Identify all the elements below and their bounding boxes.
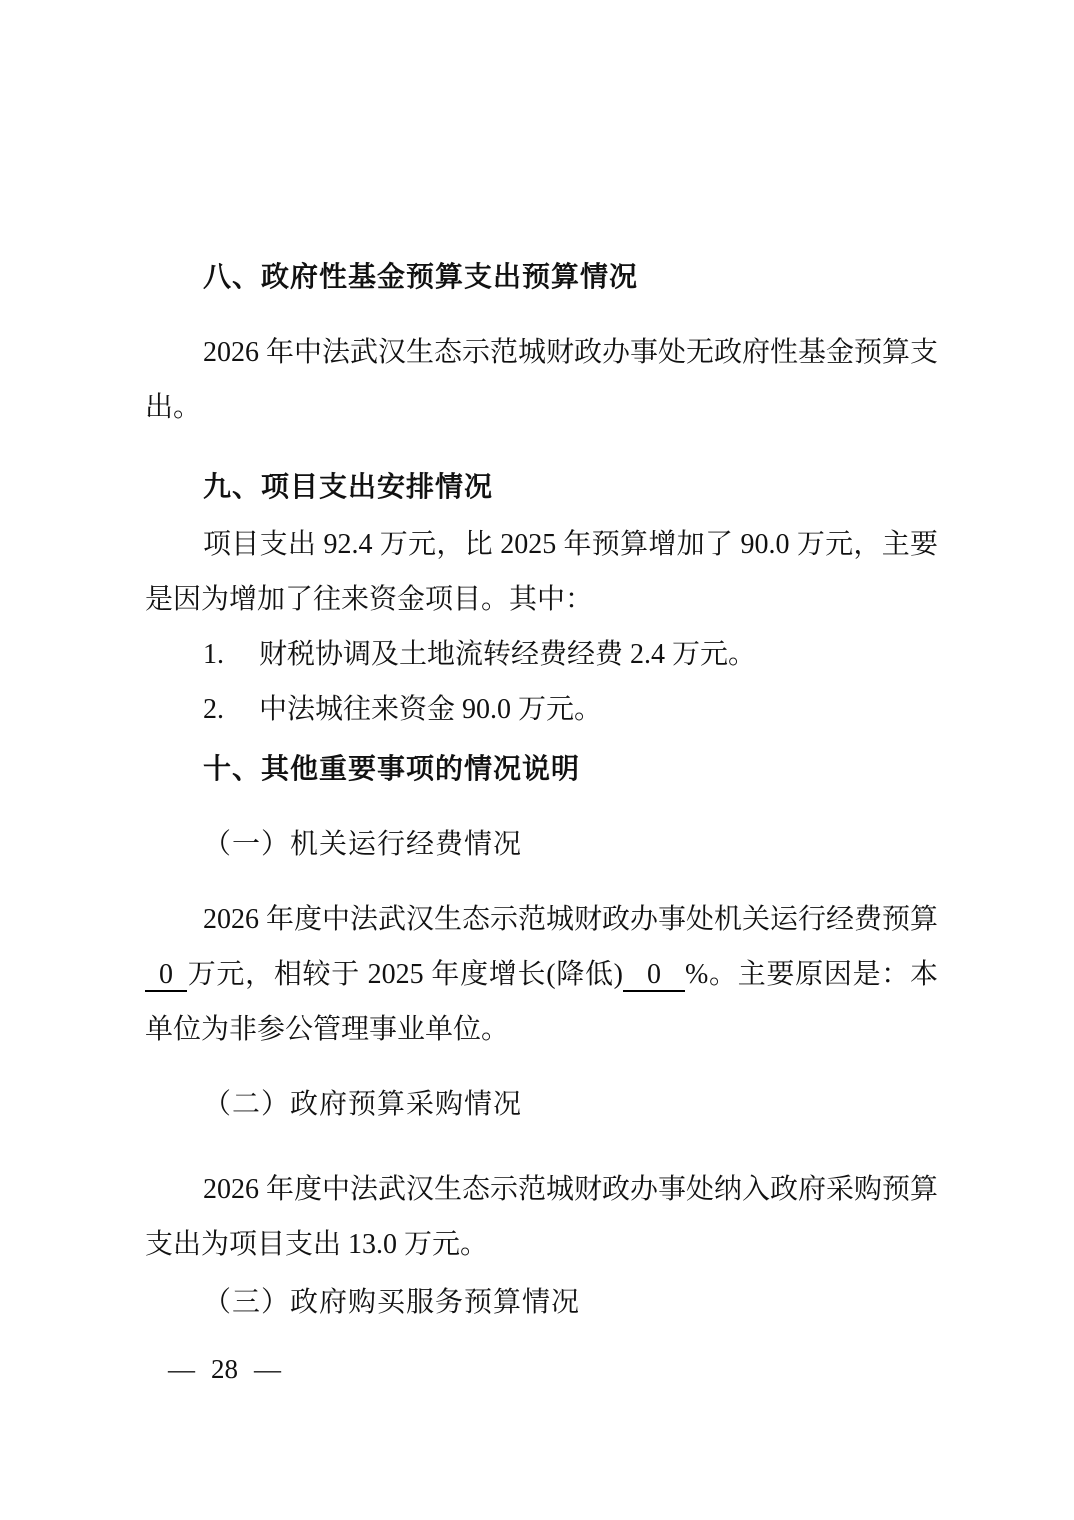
section-9-list-item-1: 1.财税协调及土地流转经费经费 2.4 万元。 xyxy=(145,627,938,682)
section-8-paragraph: 2026 年中法武汉生态示范城财政办事处无政府性基金预算支出。 xyxy=(145,325,938,435)
underlined-value-percent: 0 xyxy=(623,959,685,992)
section-10-heading: 十、其他重要事项的情况说明 xyxy=(145,742,938,797)
footer-dash-right: — xyxy=(254,1352,281,1386)
list-item-number: 2. xyxy=(203,682,259,737)
underlined-value-budget: 0 xyxy=(145,959,187,992)
section-10-sub-1-heading: （一）机关运行经费情况 xyxy=(145,817,938,872)
list-item-number: 1. xyxy=(203,627,259,682)
list-item-text: 财税协调及土地流转经费经费 2.4 万元。 xyxy=(259,639,756,670)
document-content: 八、政府性基金预算支出预算情况 2026 年中法武汉生态示范城财政办事处无政府性… xyxy=(145,250,938,1330)
section-10-sub-1-paragraph: 2026 年度中法武汉生态示范城财政办事处机关运行经费预算0万元，相较于 202… xyxy=(145,892,938,1057)
document-page: 八、政府性基金预算支出预算情况 2026 年中法武汉生态示范城财政办事处无政府性… xyxy=(0,0,1074,1520)
section-8-heading: 八、政府性基金预算支出预算情况 xyxy=(145,250,938,305)
section-10-sub-3-heading: （三）政府购买服务预算情况 xyxy=(145,1275,938,1330)
paragraph-text-segment: 2026 年度中法武汉生态示范城财政办事处机关运行经费预算 xyxy=(203,904,938,935)
paragraph-text-segment: 万元，相较于 2025 年度增长(降低) xyxy=(187,959,623,990)
section-10-sub-2-paragraph: 2026 年度中法武汉生态示范城财政办事处纳入政府采购预算支出为项目支出 13.… xyxy=(145,1162,938,1272)
footer-dash-left: — xyxy=(168,1352,195,1386)
section-9-paragraph: 项目支出 92.4 万元，比 2025 年预算增加了 90.0 万元，主要是因为… xyxy=(145,517,938,627)
page-number: 28 xyxy=(211,1352,238,1386)
list-item-text: 中法城往来资金 90.0 万元。 xyxy=(259,694,602,725)
page-footer: — 28 — xyxy=(168,1352,281,1386)
section-9-heading: 九、项目支出安排情况 xyxy=(145,460,938,515)
section-9-list-item-2: 2.中法城往来资金 90.0 万元。 xyxy=(145,682,938,737)
section-10-sub-2-heading: （二）政府预算采购情况 xyxy=(145,1077,938,1132)
